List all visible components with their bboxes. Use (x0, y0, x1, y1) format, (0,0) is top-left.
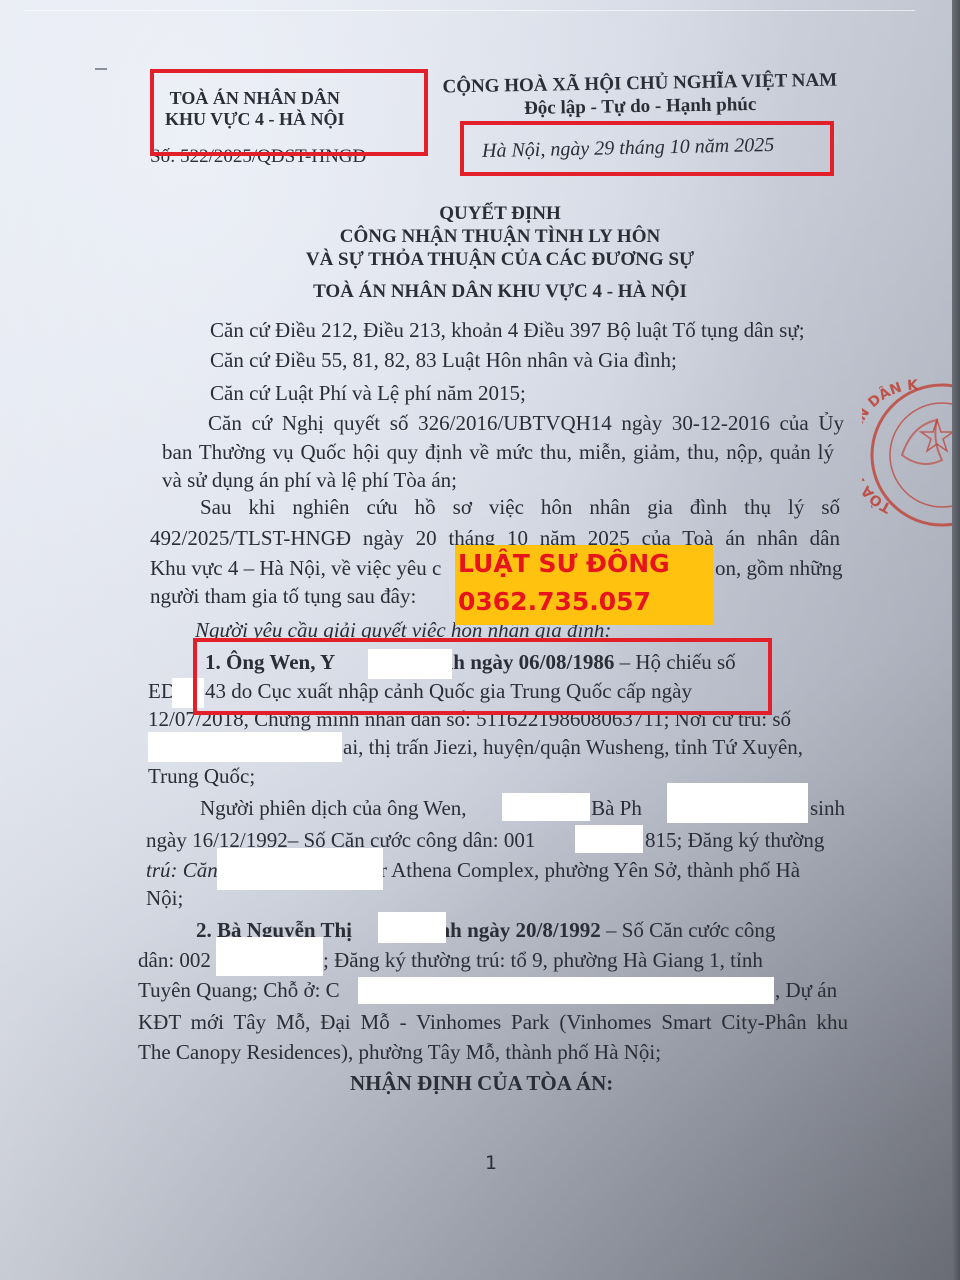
party-1-line-5: Trung Quốc; (148, 766, 255, 787)
resolution-basis-line-1: Căn cứ Nghị quyết số 326/2016/UBTVQH14 n… (208, 413, 844, 434)
decision-title-line-2: CÔNG NHẬN THUẬN TÌNH LY HÔN (260, 225, 740, 248)
redaction-party-2-name (378, 912, 446, 943)
interpreter-line-1a: Người phiên dịch của ông Wen, (200, 798, 467, 819)
redaction-party-2-address (358, 977, 774, 1004)
findings-heading: NHẬN ĐỊNH CỦA TÒA ÁN: (350, 1073, 613, 1094)
party-2-dob: sinh ngày 20/8/1992 (425, 918, 601, 942)
party-2-line-4: KĐT mới Tây Mỗ, Đại Mỗ - Vinhomes Park (… (138, 1012, 848, 1033)
lawyer-phone: 0362.735.057 (458, 583, 713, 621)
resolution-basis-line-3: và sử dụng án phí và lệ phí Tòa án; (162, 470, 457, 491)
highlight-court-name (150, 69, 428, 156)
stray-mark (95, 68, 107, 70)
party-2-id-label: – Số Căn cước công (601, 918, 776, 942)
page-number: 1 (485, 1154, 497, 1173)
resolution-basis-line-2: ban Thường vụ Quốc hội quy định về mức t… (162, 442, 834, 463)
paper-fold-edge (25, 0, 915, 11)
party-2-line-5: The Canopy Residences), phường Tây Mỗ, t… (138, 1042, 661, 1063)
case-intro-line-4: người tham gia tố tụng sau đây: (150, 586, 416, 607)
redaction-interpreter-name (667, 783, 808, 823)
interpreter-line-3a: trú: Căn (146, 860, 218, 881)
redaction-interpreter-name-cn (502, 793, 590, 821)
decision-title: QUYẾT ĐỊNH CÔNG NHẬN THUẬN TÌNH LY HÔN V… (260, 202, 740, 271)
redaction-party-2-id (216, 937, 323, 976)
highlight-party-1 (193, 638, 772, 715)
court-seal-icon: TÒA ÁN NHÂN DÂN K (862, 375, 960, 535)
party-2-line-2a: dân: 002 (138, 950, 211, 971)
decision-title-line-3: VÀ SỰ THỎA THUẬN CỦA CÁC ĐƯƠNG SỰ (260, 248, 740, 271)
case-intro-line-1: Sau khi nghiên cứu hồ sơ việc hôn nhân g… (200, 497, 840, 518)
party-2-line-2b: ; Đăng ký thường trú: tổ 9, phường Hà Gi… (323, 950, 763, 971)
interpreter-line-1c: sinh (810, 798, 845, 819)
interpreter-line-3b: r Athena Complex, phường Yên Sở, thành p… (380, 860, 800, 881)
party-2-line-3a: Tuyên Quang; Chỗ ở: C (138, 980, 340, 1001)
decision-title-line-1: QUYẾT ĐỊNH (260, 202, 740, 225)
interpreter-line-2b: 815; Đăng ký thường (645, 830, 824, 851)
legal-basis-2: Căn cứ Điều 55, 81, 82, 83 Luật Hôn nhân… (210, 350, 677, 371)
highlight-issue-date (460, 121, 834, 176)
interpreter-line-4: Nội; (146, 888, 183, 909)
issuing-court: TOÀ ÁN NHÂN DÂN KHU VỰC 4 - HÀ NỘI (260, 282, 740, 301)
lawyer-contact-watermark: LUẬT SƯ ĐÔNG 0362.735.057 (455, 545, 713, 625)
lawyer-name: LUẬT SƯ ĐÔNG (458, 545, 713, 583)
case-intro-line-3b: on, gồm những (715, 558, 842, 579)
national-header: CỘNG HOÀ XÃ HỘI CHỦ NGHĨA VIỆT NAM Độc l… (435, 68, 846, 121)
redaction-interpreter-id (575, 825, 643, 853)
legal-basis-1: Căn cứ Điều 212, Điều 213, khoản 4 Điều … (210, 320, 805, 341)
redaction-party-1-address (148, 732, 342, 762)
paper-right-edge (952, 0, 960, 1280)
party-2-line-3b: , Dự án (775, 980, 837, 1001)
case-intro-line-3a: Khu vực 4 – Hà Nội, về việc yêu c (150, 558, 441, 579)
legal-basis-3: Căn cứ Luật Phí và Lệ phí năm 2015; (210, 383, 526, 404)
party-1-line-4: ai, thị trấn Jiezi, huyện/quận Wusheng, … (343, 737, 803, 758)
redaction-interpreter-address (217, 848, 383, 890)
